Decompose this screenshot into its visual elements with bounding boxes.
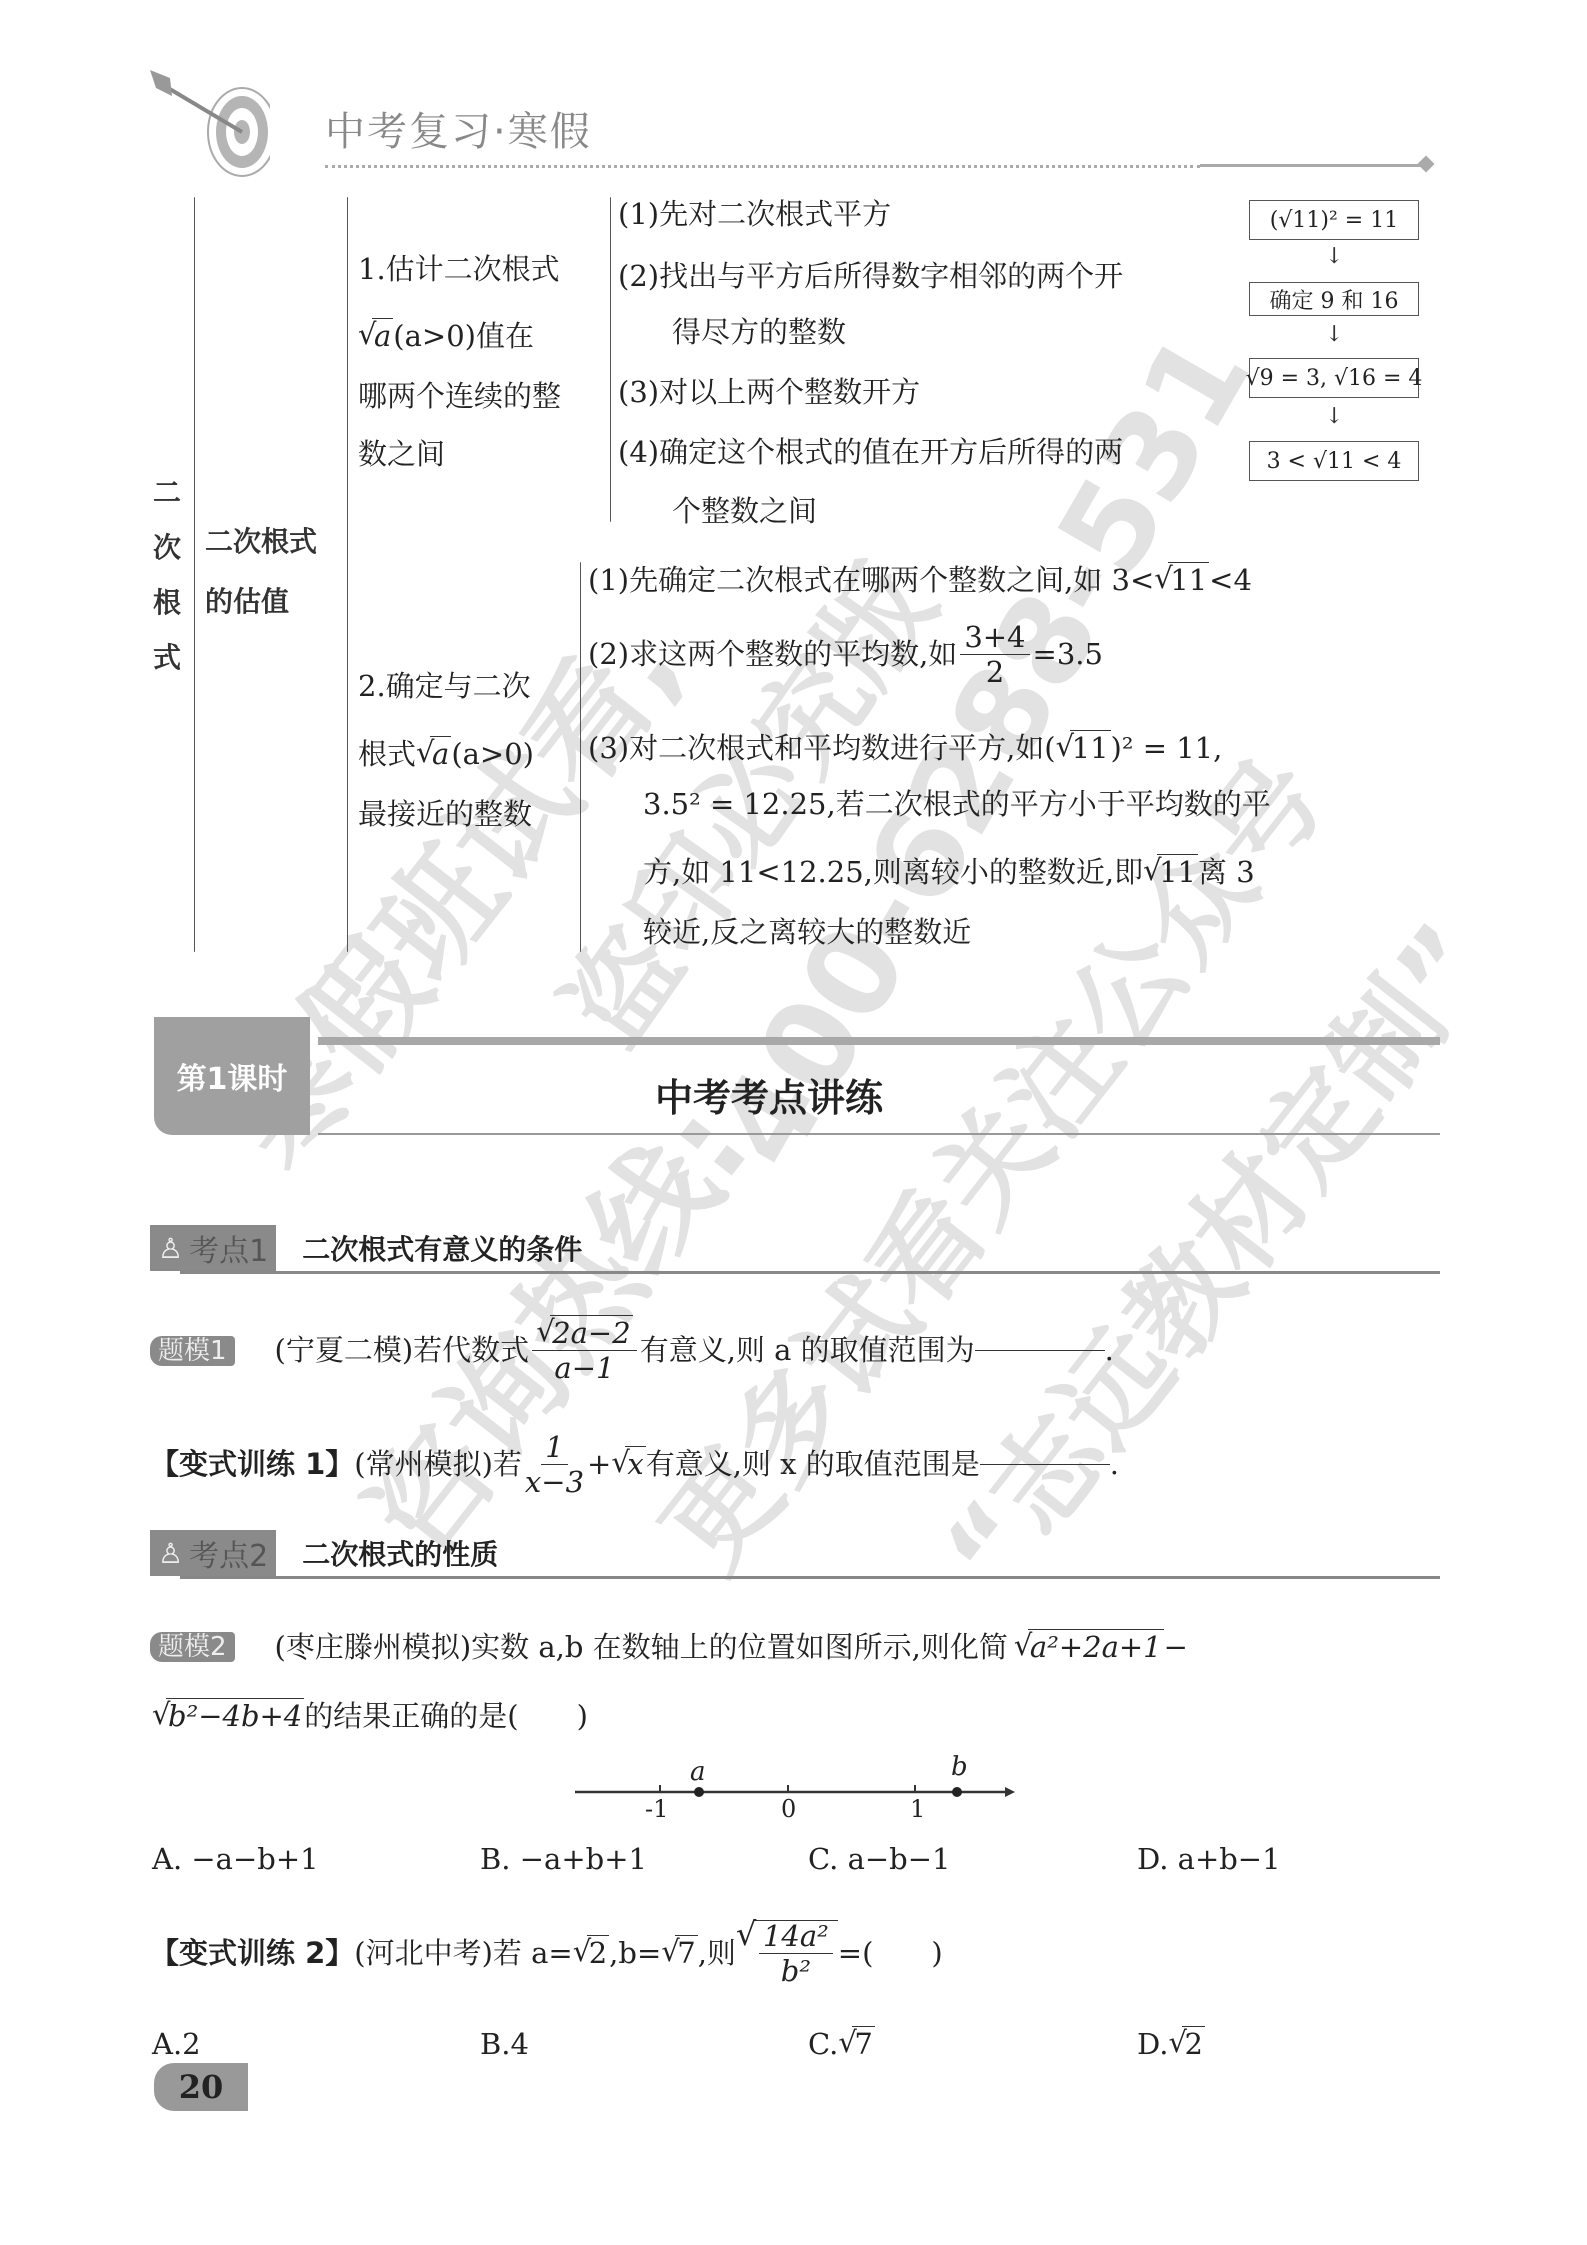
section-title: 二次根式有意义的条件 [302, 1228, 582, 1268]
v2-option-d[interactable]: D.2 [1137, 2030, 1205, 2059]
down-arrow-icon: ↓ [1325, 404, 1343, 429]
point-label: b [951, 1752, 968, 1782]
v2-option-b[interactable]: B.4 [480, 2030, 529, 2059]
tree-node-label: 的估值 [205, 588, 289, 616]
method2-title: 最接近的整数 [358, 800, 532, 829]
answer-blank[interactable] [980, 1464, 1110, 1465]
lesson-title: 中考考点讲练 [655, 1067, 883, 1122]
method1-step: (3)对以上两个整数开方 [618, 378, 920, 407]
variant-1: 【变式训练 1】 (常州模拟)若 1x−3 + x 有意义,则 x 的取值范围是… [150, 1432, 1119, 1498]
method2-title: 根式a(a>0) [358, 740, 534, 769]
method1-step: (1)先对二次根式平方 [618, 200, 891, 229]
method1-title: 数之间 [358, 440, 445, 469]
section-tag: ♙ 考点2 [150, 1530, 276, 1576]
target-arrow-icon [150, 70, 270, 180]
option-d[interactable]: D. a+b−1 [1137, 1845, 1281, 1874]
down-arrow-icon: ↓ [1325, 322, 1343, 347]
v2-option-c[interactable]: C.7 [808, 2030, 875, 2059]
question-tag: 题模1 [150, 1336, 235, 1366]
tree-root-label: 二次根式 [153, 465, 183, 685]
banner-bottom-rule [318, 1133, 1440, 1135]
option-c[interactable]: C. a−b−1 [808, 1845, 951, 1874]
section-header-kaodian2: ♙ 考点2 二次根式的性质 [150, 1530, 1440, 1576]
diamond-icon [1418, 156, 1435, 173]
method2-step: 3.5² = 12.25,若二次根式的平方小于平均数的平 [643, 790, 1271, 819]
method2-step: (3)对二次根式和平均数进行平方,如(11)² = 11, [588, 734, 1222, 763]
page-header: 中考复习·寒假 [150, 70, 1440, 180]
flow-box: (√11)² = 11 [1249, 200, 1419, 240]
v2-option-a[interactable]: A.2 [152, 2030, 201, 2059]
method1-step: 得尽方的整数 [672, 318, 846, 347]
question-tag: 题模2 [150, 1632, 235, 1662]
section-header-kaodian1: ♙ 考点1 二次根式有意义的条件 [150, 1225, 1440, 1271]
flow-box: 3 < √11 < 4 [1249, 441, 1419, 481]
brace [347, 197, 348, 952]
method2-step: 方,如 11<12.25,则离较小的整数近,即11离 3 [643, 858, 1255, 887]
banner-top-rule [318, 1037, 1440, 1045]
header-title: 中考复习·寒假 [325, 100, 592, 157]
question-2-line2: b²−4b+4的结果正确的是( ) [152, 1702, 588, 1731]
flow-box: 确定 9 和 16 [1249, 282, 1419, 316]
option-a[interactable]: A. −a−b+1 [152, 1845, 319, 1874]
method1-title: 哪两个连续的整 [358, 382, 561, 411]
option-b[interactable]: B. −a+b+1 [480, 1845, 647, 1874]
question-2: 题模2 (枣庄滕州模拟)实数 a,b 在数轴上的位置如图所示,则化简 a²+2a… [150, 1632, 1188, 1662]
method2-step: (1)先确定二次根式在哪两个整数之间,如 3<11<4 [588, 566, 1252, 595]
lesson-badge: 第1课时 [154, 1017, 310, 1135]
variant-2: 【变式训练 2】 (河北中考)若 a= 2 ,b= 7 ,则 14a²b² =(… [150, 1920, 943, 1987]
header-dotted-rule [325, 165, 1200, 168]
brace [580, 562, 581, 952]
section-rule [180, 1576, 1440, 1579]
method1-step: (2)找出与平方后所得数字相邻的两个开 [618, 262, 1123, 291]
brace [194, 197, 195, 952]
page-number: 20 [154, 2063, 248, 2111]
method2-title: 2.确定与二次 [358, 672, 531, 701]
section-rule [180, 1271, 1440, 1274]
question-1: 题模1 (宁夏二模)若代数式 2a−2a−1 有意义,则 a 的取值范围为 . [150, 1318, 1114, 1384]
down-arrow-icon: ↓ [1325, 244, 1343, 269]
answer-blank[interactable] [975, 1350, 1105, 1351]
lesson-banner: 第1课时 中考考点讲练 [150, 1005, 1440, 1135]
section-title: 二次根式的性质 [302, 1533, 498, 1573]
section-tag: ♙ 考点1 [150, 1225, 276, 1271]
tick-label: 0 [781, 1795, 796, 1823]
method1-title: 1.估计二次根式 [358, 255, 560, 284]
reading-person-icon: ♙ [158, 1232, 183, 1265]
tick-label: 1 [910, 1795, 925, 1823]
method1-step: (4)确定这个根式的值在开方后所得的两 [618, 438, 1123, 467]
tick-label: -1 [645, 1795, 668, 1823]
method2-step: (2)求这两个整数的平均数,如 3+42 =3.5 [588, 622, 1103, 688]
header-arrow-rule [1200, 164, 1430, 167]
reading-person-icon: ♙ [158, 1537, 183, 1570]
method1-step: 个整数之间 [672, 497, 817, 526]
method2-step: 较近,反之离较大的整数近 [643, 918, 971, 947]
method1-title: a(a>0)值在 [358, 322, 534, 351]
point-label: a [690, 1757, 706, 1787]
brace [610, 197, 611, 522]
tree-node-label: 二次根式 [205, 528, 317, 556]
flow-box: √9 = 3, √16 = 4 [1249, 358, 1419, 398]
